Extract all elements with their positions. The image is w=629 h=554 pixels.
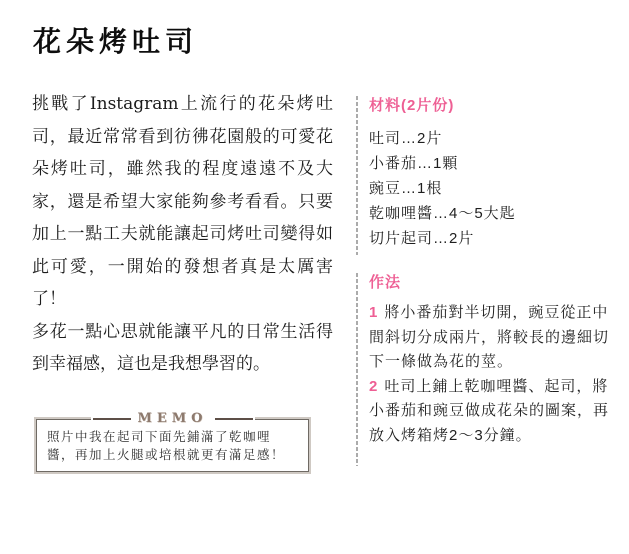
- page-title: 花朵烤吐司: [33, 20, 198, 60]
- ingredients-list: 吐司…2片 小番茄…1顆 豌豆…1根 乾咖哩醬…4～5大匙 切片起司…2片: [369, 126, 622, 257]
- recipe-page: 花朵烤吐司 挑戰了Instagram上流行的花朵烤吐司，最近常常看到彷彿花園般的…: [0, 0, 629, 554]
- ingredient-item: 豌豆…1根: [369, 176, 622, 201]
- method-section: 作法 1將小番茄對半切開，豌豆從正中間斜切分成兩片，將較長的邊細切下一條做為花的…: [356, 271, 622, 468]
- step-number: 2: [369, 378, 378, 395]
- memo-rule-right: [215, 418, 253, 420]
- method-step: 2吐司上鋪上乾咖哩醬、起司，將小番茄和豌豆做成花朵的圖案，再放入烤箱烤2～3分鐘…: [369, 375, 622, 449]
- memo-label: MEMO: [90, 411, 254, 426]
- step-number: 1: [369, 304, 378, 321]
- intro-paragraph-2: 多花一點心思就能讓平凡的日常生活得到幸福感，這也是我想學習的。: [32, 316, 333, 381]
- method-steps: 1將小番茄對半切開，豌豆從正中間斜切分成兩片，將較長的邊細切下一條做為花的莖。 …: [369, 301, 622, 448]
- memo-label-text: MEMO: [137, 411, 207, 426]
- memo-rule-left: [92, 418, 130, 420]
- memo-box: MEMO 照片中我在起司下面先鋪滿了乾咖哩醬，再加上火腿或培根就更有滿足感！: [36, 419, 309, 472]
- method-heading: 作法: [369, 271, 622, 292]
- ingredients-section: 材料(2片份) 吐司…2片 小番茄…1顆 豌豆…1根 乾咖哩醬…4～5大匙 切片…: [356, 94, 622, 257]
- step-text: 吐司上鋪上乾咖哩醬、起司，將小番茄和豌豆做成花朵的圖案，再放入烤箱烤2～3分鐘。: [369, 378, 609, 444]
- recipe-details-column: 材料(2片份) 吐司…2片 小番茄…1顆 豌豆…1根 乾咖哩醬…4～5大匙 切片…: [356, 94, 622, 468]
- method-step: 1將小番茄對半切開，豌豆從正中間斜切分成兩片，將較長的邊細切下一條做為花的莖。: [369, 301, 622, 375]
- step-text: 將小番茄對半切開，豌豆從正中間斜切分成兩片，將較長的邊細切下一條做為花的莖。: [369, 304, 609, 370]
- ingredient-item: 切片起司…2片: [369, 226, 622, 251]
- intro-text: 挑戰了Instagram上流行的花朵烤吐司，最近常常看到彷彿花園般的可愛花朵烤吐…: [32, 88, 333, 381]
- ingredients-heading: 材料(2片份): [369, 94, 622, 115]
- ingredient-item: 吐司…2片: [369, 126, 622, 151]
- intro-paragraph-1: 挑戰了Instagram上流行的花朵烤吐司，最近常常看到彷彿花園般的可愛花朵烤吐…: [32, 88, 333, 316]
- memo-body-text: 照片中我在起司下面先鋪滿了乾咖哩醬，再加上火腿或培根就更有滿足感！: [47, 429, 298, 464]
- ingredient-item: 乾咖哩醬…4～5大匙: [369, 201, 622, 226]
- ingredient-item: 小番茄…1顆: [369, 151, 622, 176]
